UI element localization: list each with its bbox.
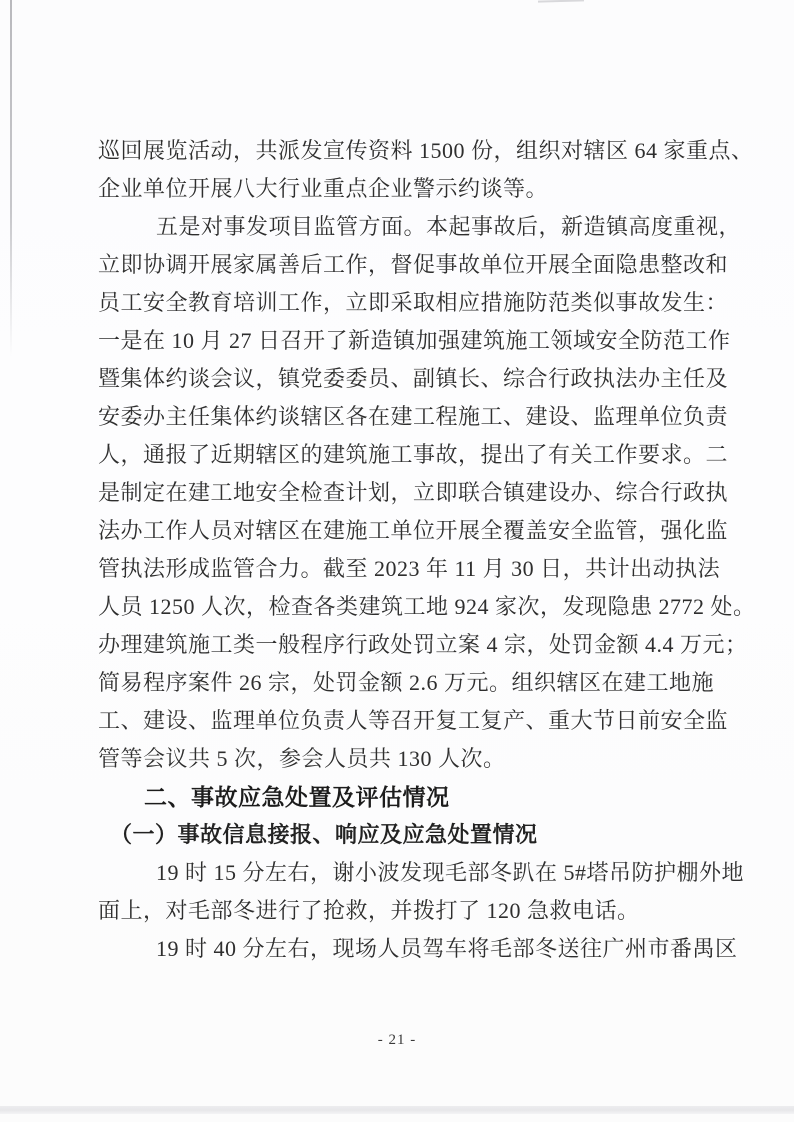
scan-artifact-bottom-shadow (0, 1106, 794, 1114)
document-line: 19 时 15 分左右，谢小波发现毛部冬趴在 5#塔吊防护棚外地 (98, 854, 718, 892)
document-line: 暨集体约谈会议，镇党委委员、副镇长、综合行政执法办主任及 (98, 360, 718, 398)
document-line: 简易程序案件 26 宗，处罚金额 2.6 万元。组织辖区在建工地施 (98, 664, 718, 702)
document-line: 五是对事发项目监管方面。本起事故后，新造镇高度重视， (98, 208, 718, 246)
document-line: 法办工作人员对辖区在建施工单位开展全覆盖安全监管，强化监 (98, 512, 718, 550)
document-line: 安委办主任集体约谈辖区各在建工程施工、建设、监理单位负责 (98, 398, 718, 436)
document-line: 企业单位开展八大行业重点企业警示约谈等。 (98, 170, 718, 208)
document-line: 巡回展览活动，共派发宣传资料 1500 份，组织对辖区 64 家重点、 (98, 132, 718, 170)
document-body: 巡回展览活动，共派发宣传资料 1500 份，组织对辖区 64 家重点、企业单位开… (98, 132, 718, 968)
document-line: 员工安全教育培训工作，立即采取相应措施防范类似事故发生： (98, 284, 718, 322)
document-line: 一是在 10 月 27 日召开了新造镇加强建筑施工领域安全防范工作 (98, 322, 718, 360)
document-line: 管执法形成监管合力。截至 2023 年 11 月 30 日，共计出动执法 (98, 550, 718, 588)
section-heading: 二、事故应急处置及评估情况 (144, 778, 718, 816)
document-line: 19 时 40 分左右，现场人员驾车将毛部冬送往广州市番禺区 (98, 930, 718, 968)
page-number: - 21 - (0, 1032, 794, 1049)
scanned-document-page: { "document": { "lines": [ {"style":"bod… (0, 0, 794, 1122)
document-line: 工、建设、监理单位负责人等召开复工复产、重大节日前安全监 (98, 702, 718, 740)
document-line: 办理建筑施工类一般程序行政处罚立案 4 宗，处罚金额 4.4 万元； (98, 626, 718, 664)
document-line: 立即协调开展家属善后工作，督促事故单位开展全面隐患整改和 (98, 246, 718, 284)
document-line: 管等会议共 5 次，参会人员共 130 人次。 (98, 740, 718, 778)
document-line: 是制定在建工地安全检查计划，立即联合镇建设办、综合行政执 (98, 474, 718, 512)
section-heading: （一）事故信息接报、响应及应急处置情况 (110, 816, 718, 854)
scan-artifact-left-line (10, 0, 12, 356)
document-line: 面上，对毛部冬进行了抢救，并拨打了 120 急救电话。 (98, 892, 718, 930)
document-line: 人，通报了近期辖区的建筑施工事故，提出了有关工作要求。二 (98, 436, 718, 474)
document-line: 人员 1250 人次，检查各类建筑工地 924 家次，发现隐患 2772 处。 (98, 588, 718, 626)
